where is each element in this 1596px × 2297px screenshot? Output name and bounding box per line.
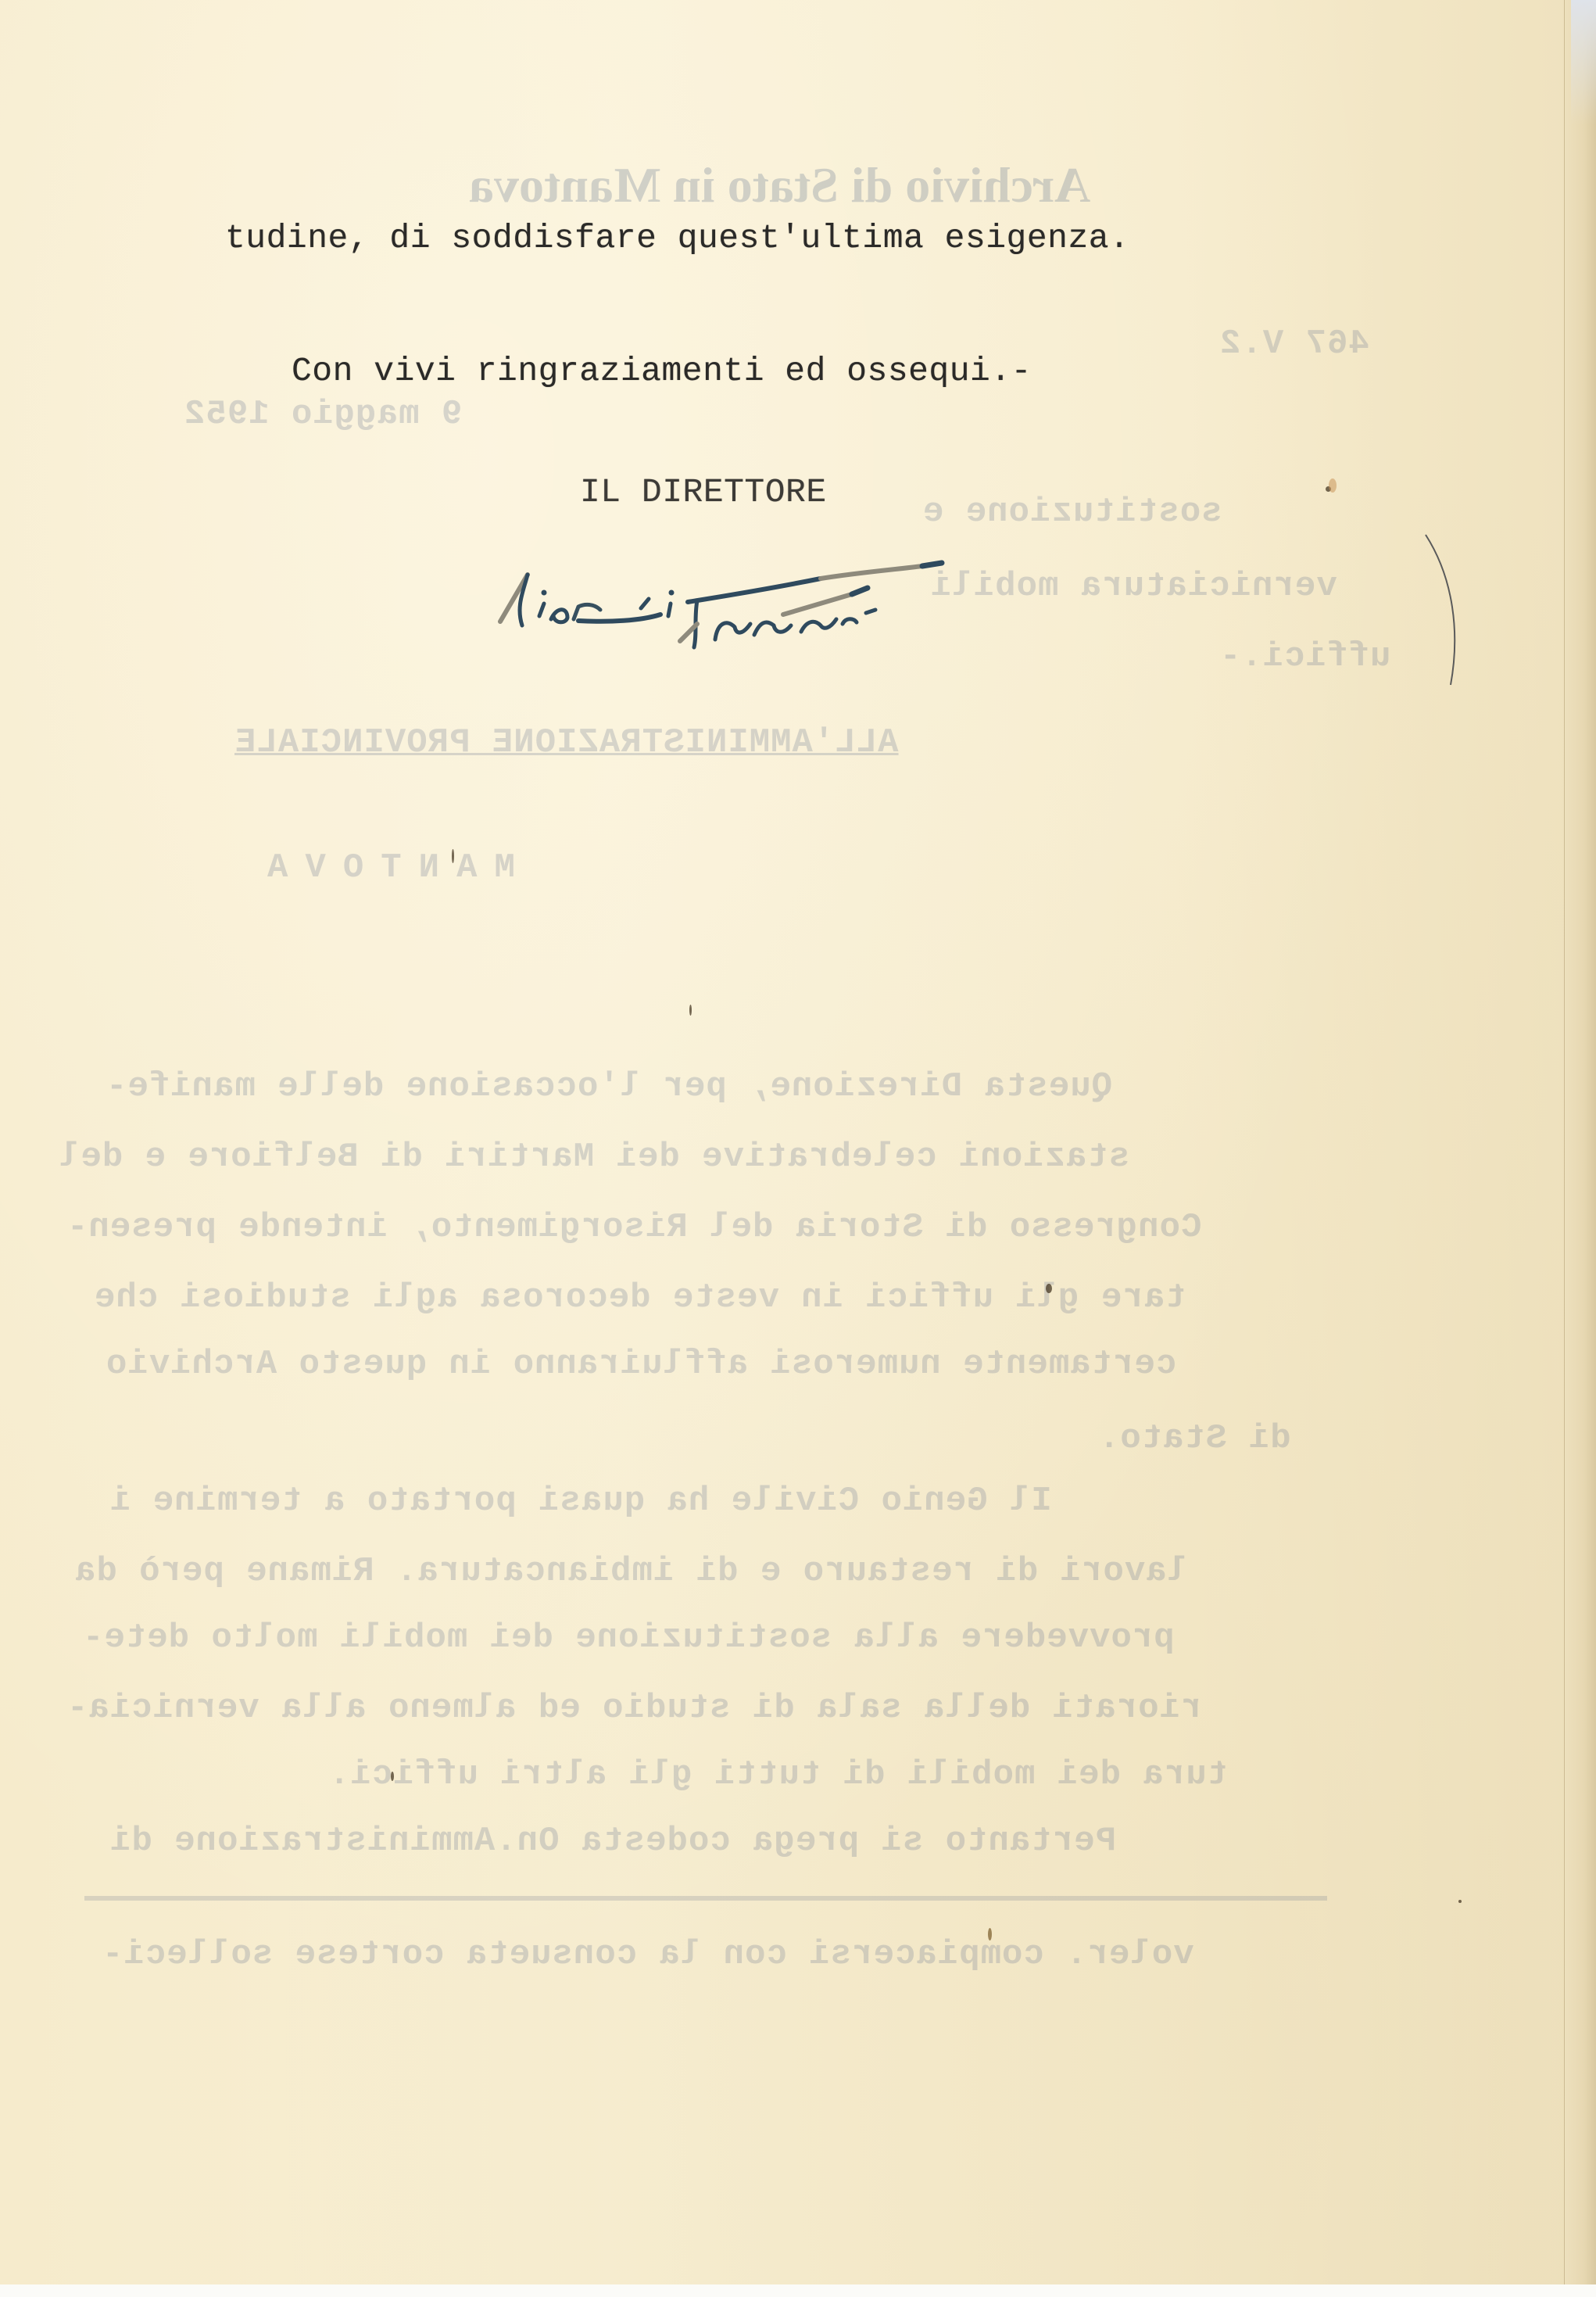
reverse-body-line: provvedere alla sostituzione dei mobili … — [82, 1618, 1175, 1657]
paper-speck — [689, 1005, 692, 1016]
closing-text-line: tudine, di soddisfare quest'ultima esige… — [225, 219, 1129, 257]
reverse-body-line: voler. compiacersi con la consueta corte… — [102, 1935, 1194, 1974]
reverse-body-line: stazioni celebrative dei Martiri di Belf… — [59, 1138, 1129, 1177]
paper-edge — [1564, 0, 1596, 2284]
reverse-body-line: Il Genio Civile ha quasi portato a termi… — [109, 1482, 1052, 1521]
paper-speck — [391, 1772, 394, 1781]
reverse-body-line: tare gli uffici in veste decorosa agli s… — [94, 1278, 1186, 1317]
pencil-mark — [1422, 532, 1469, 688]
reverse-letterhead: Archivio di Stato in Mantova — [469, 156, 1090, 214]
signatory-title: IL DIRETTORE — [580, 473, 827, 511]
reverse-body-line: Pertanto si prega codesta On.Amministraz… — [109, 1822, 1116, 1861]
reverse-body-line: riorati della sala di studio ed almeno a… — [66, 1689, 1201, 1728]
reverse-strikethrough-line — [84, 1896, 1327, 1901]
reverse-city: MANTOVA — [250, 848, 515, 887]
reverse-protocol-number: 467 V.2 — [1219, 324, 1369, 364]
paper-speck — [1329, 478, 1337, 493]
paper-speck — [1458, 1900, 1462, 1903]
reverse-body-line: tura dei mobili di tutti gli altri uffic… — [328, 1755, 1228, 1794]
paper-speck — [988, 1928, 992, 1940]
reverse-body-line: Questa Direzione, per l'occasione delle … — [106, 1067, 1112, 1106]
reverse-body-line: Congresso di Storia del Risorgimento, in… — [66, 1208, 1201, 1247]
scan-margin — [0, 2284, 1596, 2297]
reverse-date: 9 maggio 1952 — [184, 395, 462, 434]
paper-speck — [452, 849, 454, 863]
reverse-body-line: lavori di restauro e di imbiancatura. Ri… — [74, 1552, 1188, 1591]
paper-speck — [1046, 1284, 1052, 1293]
reverse-addressee: ALL'AMMINISTRAZIONE PROVINCIALE — [234, 723, 899, 762]
reverse-body-line: certamente numerosi affluiranno in quest… — [106, 1345, 1176, 1384]
salutation-line: Con vivi ringraziamenti ed ossequi.- — [292, 352, 1032, 390]
scan-backdrop — [1571, 0, 1596, 125]
handwritten-signature — [492, 547, 1125, 657]
reverse-subject-line: uffici.- — [1219, 637, 1390, 676]
reverse-body-line: di Stato. — [1098, 1419, 1291, 1458]
reverse-subject-line: sostituzione e — [922, 493, 1222, 532]
